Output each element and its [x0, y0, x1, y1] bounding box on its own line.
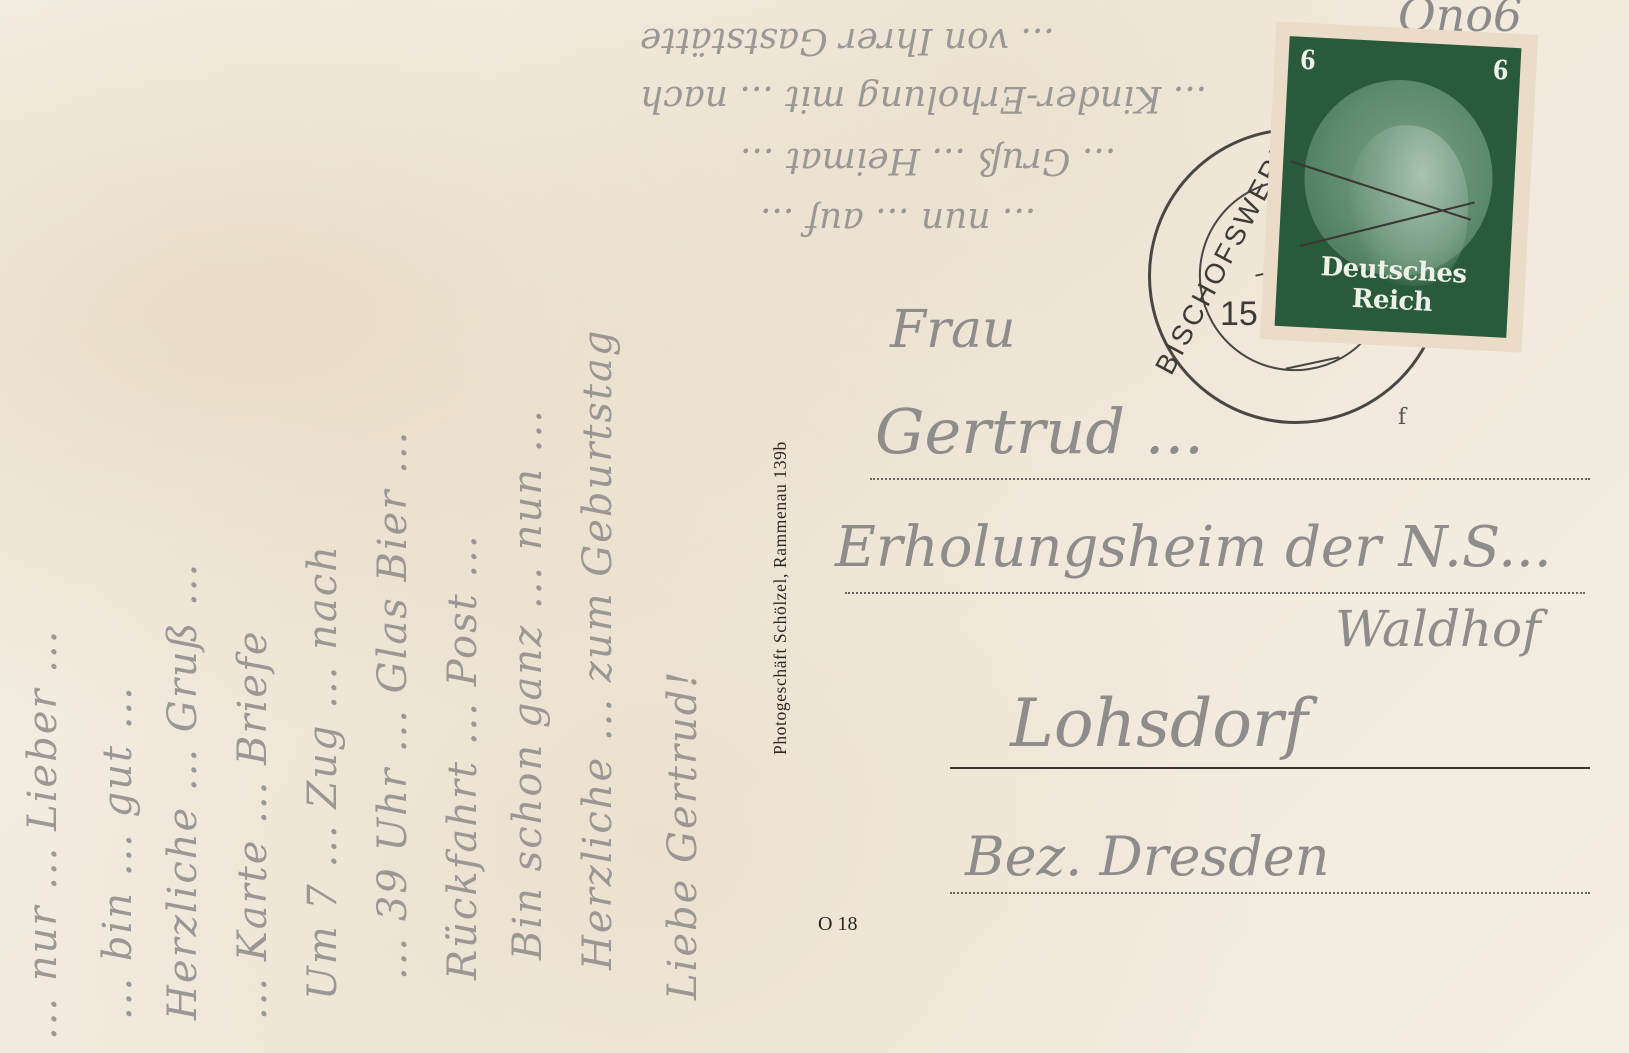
address-institution-cont: Waldhof — [1335, 600, 1541, 658]
upside-down-line-3: ... Gruß ... Heimat ... — [740, 140, 1116, 181]
address-district: Bez. Dresden — [965, 825, 1330, 888]
message-column-3: Herzliche ... Gruß ... — [160, 20, 206, 1020]
upside-down-line-4: ... nun ... auf ... — [760, 200, 1036, 241]
printer-imprint: Photogeschäft Schölzel, Rammenau 139b — [770, 225, 791, 755]
stamp-value-right: 6 — [1492, 53, 1509, 88]
address-rule-1 — [870, 478, 1590, 480]
message-column-6: ... 39 Uhr ... Glas Bier ... — [370, 20, 416, 980]
message-column-10: Liebe Gertrud! — [660, 260, 706, 1000]
message-column-9: Herzliche ... zum Geburtstag — [575, 150, 621, 970]
card-code: O 18 — [818, 913, 857, 936]
address-name: Gertrud ... — [875, 395, 1204, 468]
message-column-1: ... nur ... Lieber ... — [20, 560, 66, 1040]
message-column-2: ... bin ... gut ... — [95, 20, 141, 1020]
address-rule-2 — [845, 592, 1585, 594]
address-institution: Erholungsheim der N.S... — [835, 515, 1552, 580]
stamp-country-label: Deutsches Reich — [1275, 250, 1510, 322]
message-column-8: Bin schon ganz ... nun ... — [505, 60, 551, 960]
address-rule-3 — [950, 767, 1590, 769]
address-salutation: Frau — [890, 300, 1015, 360]
message-column-5: Um 7 ... Zug ... nach — [300, 20, 346, 1000]
upside-down-line-1: ... von Ihrer Gaststätte — [640, 20, 1055, 61]
message-column-7: Rückfahrt ... Post ... — [440, 20, 486, 980]
postmark-letter: f — [1398, 405, 1406, 430]
postage-stamp: 6 6 Deutsches Reich — [1275, 36, 1522, 338]
address-town: Lohsdorf — [1010, 685, 1308, 762]
postcard-back: ... nur ... Lieber ... ... bin ... gut .… — [0, 0, 1629, 1053]
address-rule-4 — [950, 892, 1590, 894]
stamp-value-left: 6 — [1300, 43, 1317, 78]
message-column-4: ... Karte ... Briefe — [230, 20, 276, 1020]
stamp-medallion — [1299, 75, 1497, 281]
upside-down-line-2: ... Kinder-Erholung mit ... nach — [640, 78, 1207, 119]
